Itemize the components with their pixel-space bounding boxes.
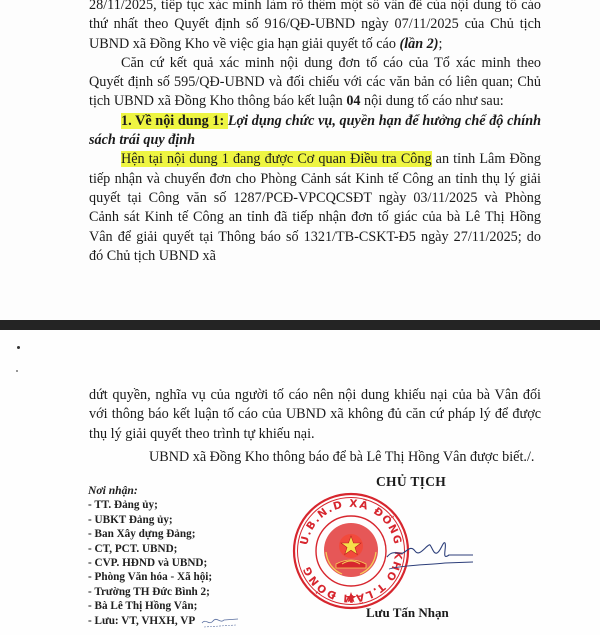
signer-title: CHỦ TỊCH (376, 474, 446, 490)
recipient-item: - UBKT Đảng ủy; (88, 513, 212, 527)
paragraph-notice: UBND xã Đồng Kho thông báo để bà Lê Thị … (89, 448, 541, 467)
page-bottom-text: dứt quyền, nghĩa vụ của người tố cáo nên… (89, 386, 541, 467)
recipient-item: - Trường TH Đức Bình 2; (88, 585, 212, 599)
section-heading-colon: : (219, 113, 227, 129)
handwritten-signature-icon (385, 525, 475, 585)
page-separator (0, 320, 600, 330)
paragraph-conclusion: dứt quyền, nghĩa vụ của người tố cáo nên… (89, 386, 541, 444)
paraph-signature-icon (200, 615, 240, 629)
national-emblem-icon (324, 523, 378, 577)
recipients-list: Nơi nhận: - TT. Đảng ủy; - UBKT Đảng ủy;… (88, 484, 212, 628)
paragraph-content-1-text: an tỉnh Lâm Đồng tiếp nhận và chuyển đơn… (89, 151, 541, 263)
paragraph-extension: 28/11/2025, tiếp tục xác minh làm rõ thê… (89, 0, 541, 54)
recipient-item: - Lưu: VT, VHXH, VP (88, 614, 212, 628)
paragraph-extension-text: 28/11/2025, tiếp tục xác minh làm rõ thê… (89, 0, 541, 52)
paragraph-basis-count: 04 (346, 93, 360, 109)
paragraph-extension-suffix: ; (439, 36, 443, 52)
signer-name: Lưu Tấn Nhạn (366, 605, 449, 621)
section-heading-label: 1. Về nội dung 1 (121, 113, 219, 129)
recipient-item: - CT, PCT. UBND; (88, 542, 212, 556)
recipient-item: - Phòng Văn hóa - Xã hội; (88, 570, 212, 584)
highlighted-text: Hện tại nội dung 1 đang được Cơ quan Điề… (121, 151, 432, 167)
recipients-title: Nơi nhận: (88, 484, 212, 498)
paragraph-extension-italic: (lần 2) (399, 36, 438, 52)
section-heading-1: 1. Về nội dung 1: Lợi dụng chức vụ, quyề… (89, 112, 541, 151)
paragraph-basis-tail: nội dung tố cáo như sau: (361, 93, 504, 109)
paragraph-content-1: Hện tại nội dung 1 đang được Cơ quan Điề… (89, 150, 541, 266)
recipient-item: - CVP. HĐND và UBND; (88, 556, 212, 570)
recipient-item: - Ban Xây dựng Đảng; (88, 527, 212, 541)
recipient-item: - TT. Đảng ủy; (88, 498, 212, 512)
scan-speck (17, 346, 20, 349)
paragraph-basis: Căn cứ kết quả xác minh nội dung đơn tố … (89, 54, 541, 112)
scan-speck (16, 370, 18, 372)
recipient-item: - Bà Lê Thị Hồng Vân; (88, 599, 212, 613)
page-top-text: 28/11/2025, tiếp tục xác minh làm rõ thê… (89, 0, 541, 266)
